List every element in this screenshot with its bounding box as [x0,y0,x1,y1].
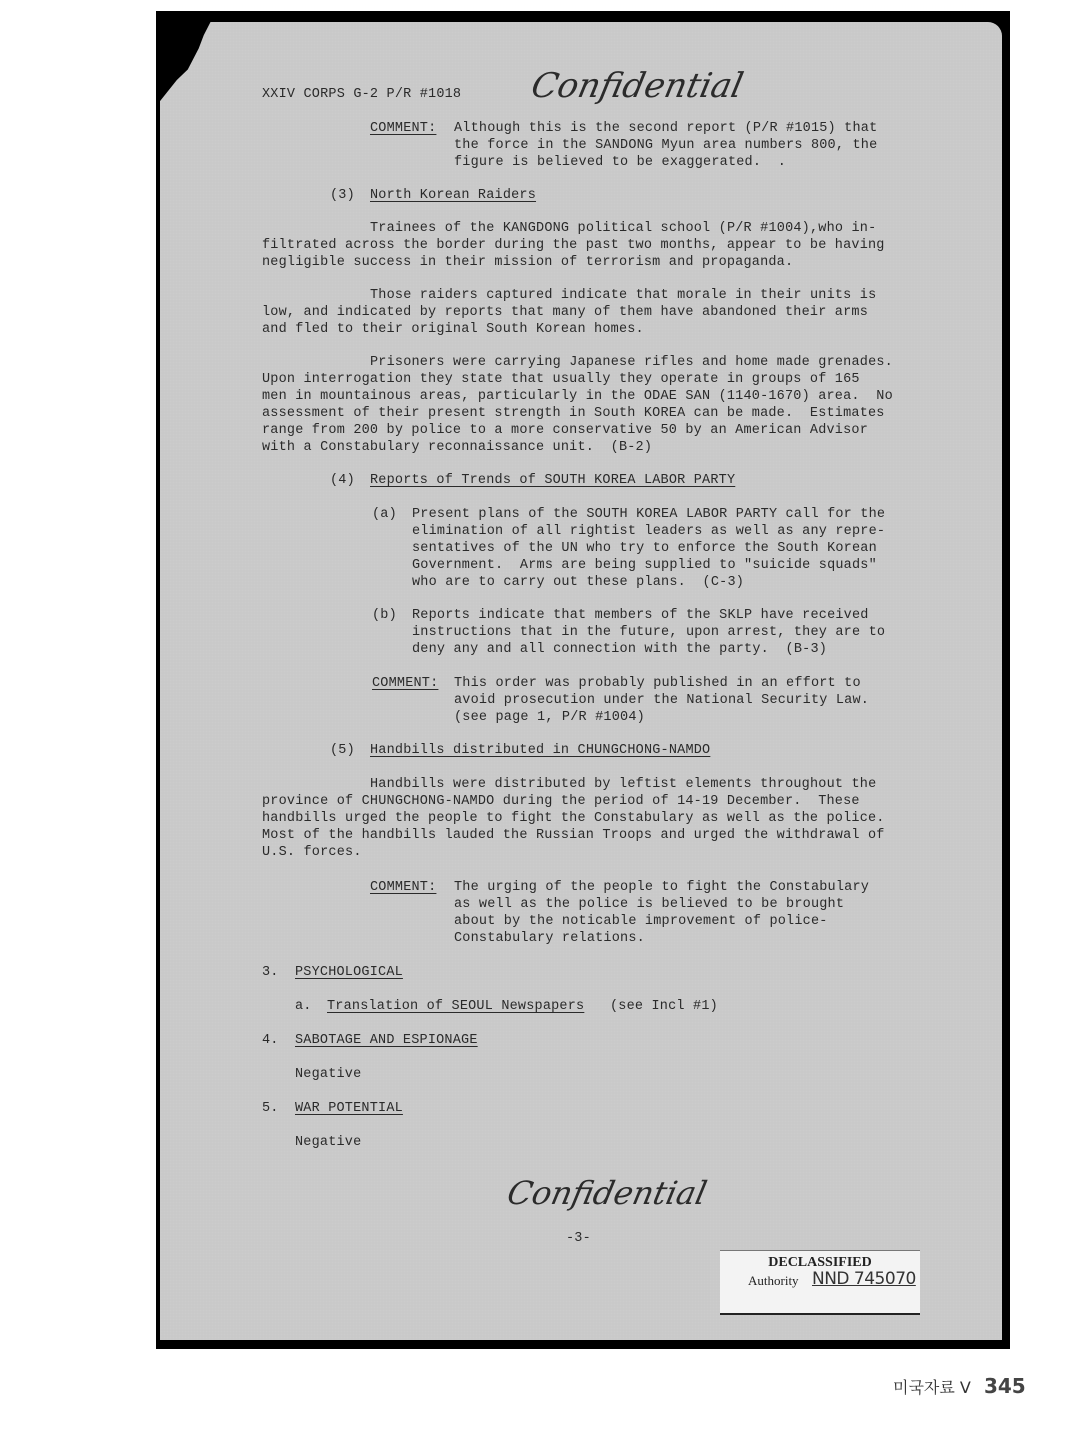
comment-text-line: avoid prosecution under the National Sec… [454,692,869,709]
sub-item-translation: Translation of SEOUL Newspapers [327,998,584,1015]
section-title-handbills: Handbills distributed in CHUNGCHONG-NAMD… [370,742,710,759]
item-label-a: (a) [372,506,397,523]
section-number: (5) [330,742,355,759]
footer-section-title: 미국자료 V [893,1378,971,1397]
sub-item-number: a. [295,998,312,1015]
paragraph-line: Handbills were distributed by leftist el… [370,776,876,793]
heading-sabotage-espionage: SABOTAGE AND ESPIONAGE [295,1032,478,1049]
paragraph-line: Upon interrogation they state that usual… [262,371,860,388]
comment-text-line: (see page 1, P/R #1004) [454,709,645,726]
item-text-line: deny any and all connection with the par… [412,641,827,658]
paragraph-line: low, and indicated by reports that many … [262,304,868,321]
comment-text-line: the force in the SANDONG Myun area numbe… [454,137,877,154]
comment-text-line: Although this is the second report (P/R … [454,120,877,137]
stamp-authority-label: Authority [748,1273,799,1289]
comment-text-line: This order was probably published in an … [454,675,861,692]
item-text-line: who are to carry out these plans. (C-3) [412,574,744,591]
heading-number: 4. [262,1032,279,1049]
comment-text-line: Constabulary relations. [454,930,645,947]
section-title-north-korean-raiders: North Korean Raiders [370,187,536,204]
heading-war-potential: WAR POTENTIAL [295,1100,403,1117]
paragraph-line: negligible success in their mission of t… [262,254,793,271]
heading-number: 3. [262,964,279,981]
comment-label: COMMENT: [370,120,436,137]
comment-label: COMMENT: [372,675,438,692]
item-text-line: sentatives of the UN who try to enforce … [412,540,877,557]
page-number: -3- [566,1230,591,1247]
footer-page-number: 345 [984,1374,1026,1398]
declassified-stamp: DECLASSIFIED Authority NND 745070 [720,1250,920,1315]
heading-number: 5. [262,1100,279,1117]
item-text-line: Present plans of the SOUTH KOREA LABOR P… [412,506,885,523]
book-footer: 미국자료 V 345 [893,1374,1026,1398]
stamp-authority-value: NND 745070 [812,1269,916,1289]
heading-psychological: PSYCHOLOGICAL [295,964,403,981]
paragraph-line: Those raiders captured indicate that mor… [370,287,876,304]
item-text-line: elimination of all rightist leaders as w… [412,523,885,540]
paragraph-line: assessment of their present strength in … [262,405,885,422]
paragraph-line: range from 200 by police to a more conse… [262,422,868,439]
comment-text-line: about by the noticable improvement of po… [454,913,828,930]
sabotage-value: Negative [295,1066,361,1083]
item-label-b: (b) [372,607,397,624]
paragraph-line: and fled to their original South Korean … [262,321,644,338]
document-header: XXIV CORPS G-2 P/R #1018 [262,86,461,103]
section-title-sklp-trends: Reports of Trends of SOUTH KOREA LABOR P… [370,472,735,489]
war-potential-value: Negative [295,1134,361,1151]
sub-item-note: (see Incl #1) [610,998,718,1015]
handwritten-confidential-top: Confidential [528,66,747,106]
comment-text-line: The urging of the people to fight the Co… [454,879,869,896]
section-number: (4) [330,472,355,489]
paragraph-line: handbills urged the people to fight the … [262,810,885,827]
comment-text-line: as well as the police is believed to be … [454,896,844,913]
paragraph-line: Most of the handbills lauded the Russian… [262,827,885,844]
paragraph-line: men in mountainous areas, particularly i… [262,388,893,405]
handwritten-confidential-bottom: Confidential [504,1174,710,1212]
paragraph-line: Trainees of the KANGDONG political schoo… [370,220,876,237]
item-text-line: Reports indicate that members of the SKL… [412,607,869,624]
item-text-line: Government. Arms are being supplied to "… [412,557,877,574]
paragraph-line: filtrated across the border during the p… [262,237,885,254]
paragraph-line: U.S. forces. [262,844,362,861]
paragraph-line: Prisoners were carrying Japanese rifles … [370,354,893,371]
comment-text-line: figure is believed to be exaggerated. . [454,154,786,171]
item-text-line: instructions that in the future, upon ar… [412,624,885,641]
comment-label: COMMENT: [370,879,436,896]
paragraph-line: with a Constabulary reconnaissance unit.… [262,439,652,456]
paragraph-line: province of CHUNGCHONG-NAMDO during the … [262,793,860,810]
document-page: XXIV CORPS G-2 P/R #1018 Confidential CO… [160,22,1002,1340]
section-number: (3) [330,187,355,204]
